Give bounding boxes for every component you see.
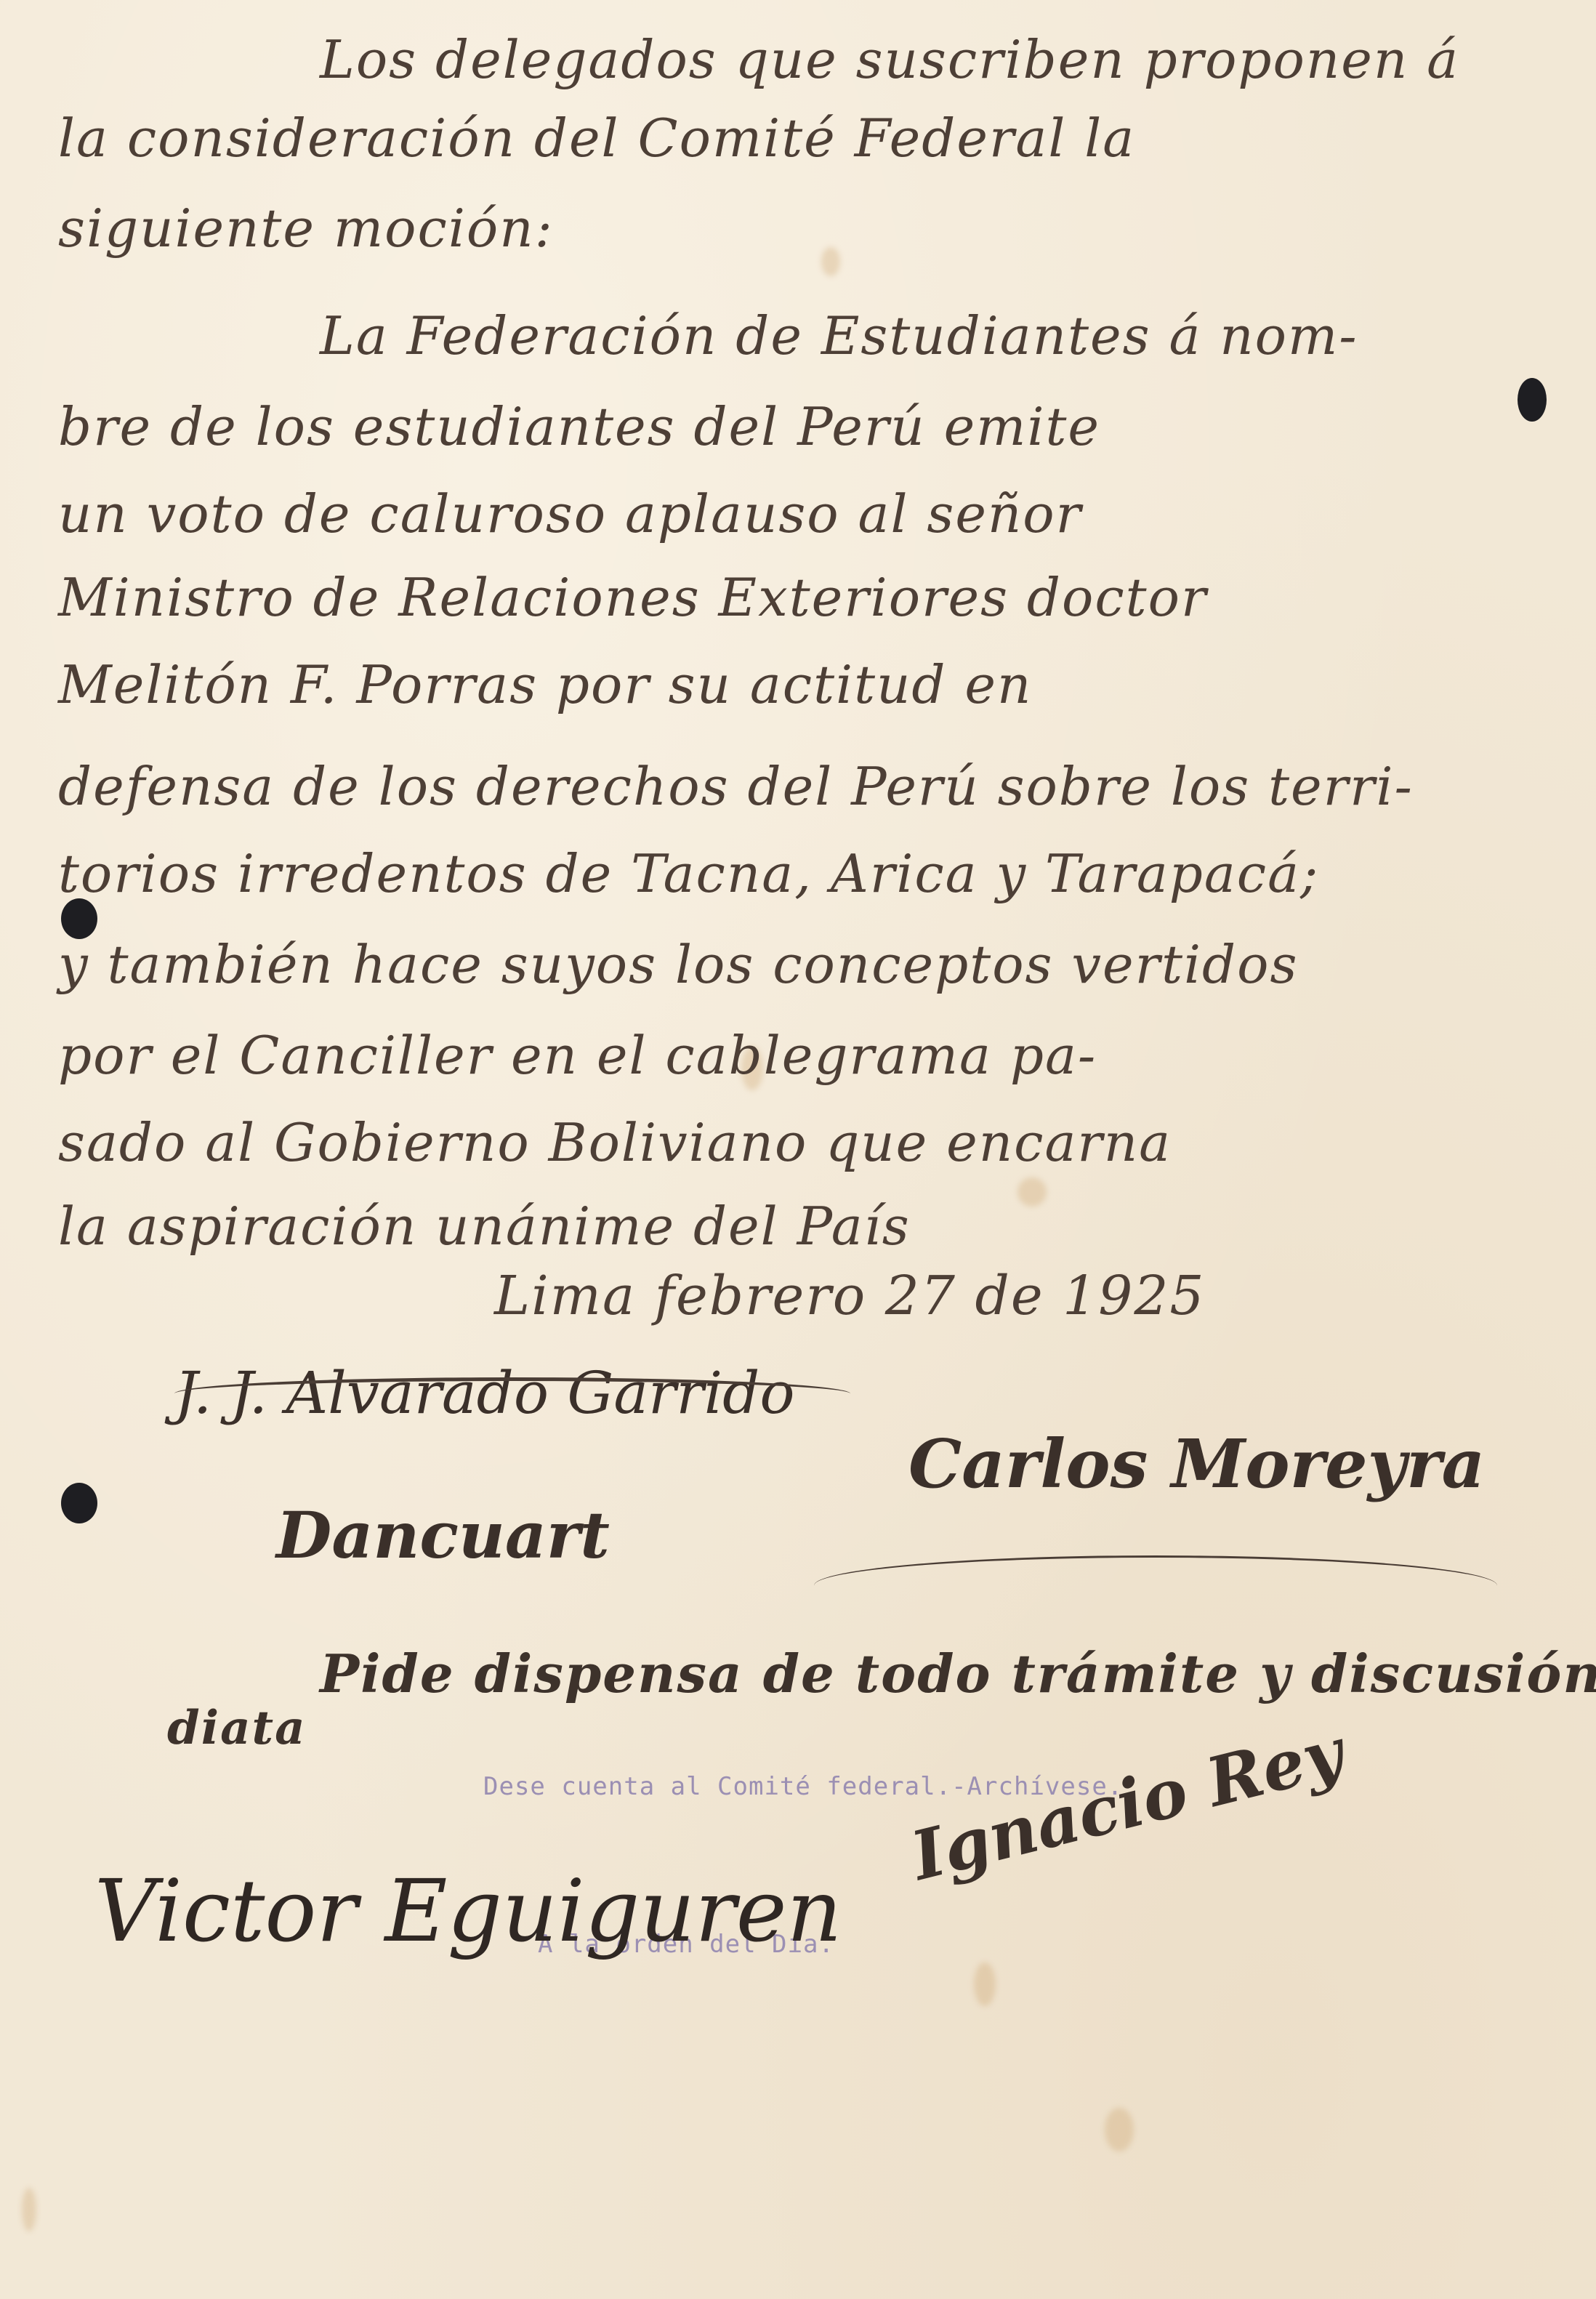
handwritten-line: torios irredentos de Tacna, Arica y Tara… — [58, 843, 1319, 904]
handwritten-line: la consideración del Comité Federal la — [58, 108, 1135, 169]
signature-moreyra: Carlos Moreyra — [908, 1425, 1485, 1503]
handwritten-line: Los delegados que suscriben proponen á — [320, 29, 1459, 90]
paper-stain — [821, 247, 840, 276]
signature-rey: Ignacio Rey — [904, 1712, 1351, 1896]
paper-stain — [1017, 1177, 1047, 1207]
handwritten-line: siguiente moción: — [58, 198, 554, 259]
punch-hole — [61, 1483, 97, 1523]
document-page: Los delegados que suscriben proponen á l… — [0, 0, 1596, 2299]
handwritten-line: un voto de caluroso aplauso al señor — [58, 483, 1082, 544]
handwritten-line: la aspiración unánime del País — [58, 1196, 911, 1257]
signature-flourish — [814, 1555, 1497, 1616]
signature-eguiguren: Victor Eguiguren — [94, 1861, 842, 1961]
handwritten-line: sado al Gobierno Boliviano que encarna — [58, 1112, 1172, 1173]
signature-strike-line — [174, 1377, 850, 1410]
handwritten-line: por el Canciller en el cablegrama pa- — [58, 1025, 1097, 1086]
dispensa-note-cont: diata — [167, 1701, 307, 1755]
paper-stain — [22, 2188, 36, 2231]
paper-stain — [1105, 2108, 1134, 2151]
dispensa-note: Pide dispensa de todo trámite y discusió… — [320, 1643, 1596, 1704]
handwritten-line: defensa de los derechos del Perú sobre l… — [58, 756, 1414, 817]
handwritten-line: bre de los estudiantes del Perú emite — [58, 396, 1100, 457]
date-line: Lima febrero 27 de 1925 — [494, 1265, 1205, 1327]
punch-hole — [1518, 378, 1547, 422]
signature-dancuart: Dancuart — [276, 1497, 610, 1573]
handwritten-line: La Federación de Estudiantes á nom- — [320, 305, 1358, 366]
paper-stain — [974, 1962, 996, 2006]
handwritten-line: Ministro de Relaciones Exteriores doctor — [58, 567, 1207, 628]
handwritten-line: Melitón F. Porras por su actitud en — [58, 654, 1032, 715]
punch-hole — [61, 898, 97, 939]
handwritten-line: y también hace suyos los conceptos verti… — [58, 934, 1298, 995]
